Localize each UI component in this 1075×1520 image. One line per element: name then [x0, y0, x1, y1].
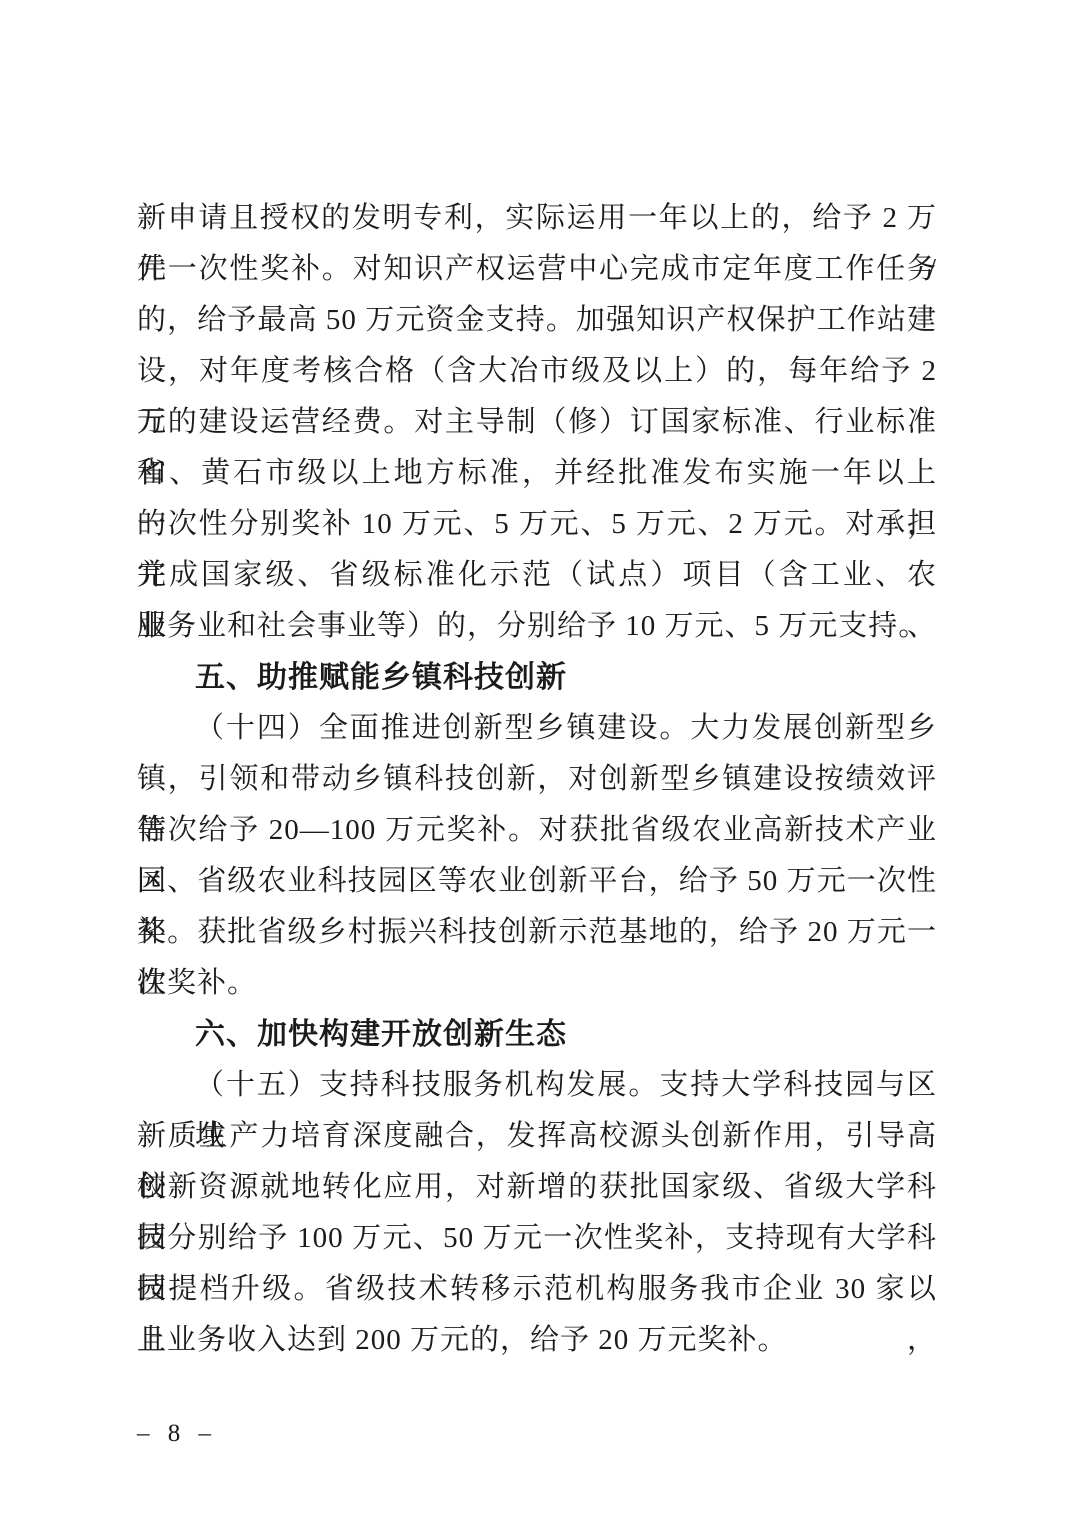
body-line: 补。获批省级乡村振兴科技创新示范基地的，给予 20 万元一次 — [137, 907, 937, 958]
body-line: 新申请且授权的发明专利，实际运用一年以上的，给予 2 万元/ — [137, 193, 937, 244]
body-line: 等次给予 20—100 万元奖补。对获批省级农业高新技术产业园 — [137, 805, 937, 856]
body-line: 园提档升级。省级技术转移示范机构服务我市企业 30 家以上， — [137, 1264, 937, 1315]
body-line: 省、黄石市级以上地方标准，并经批准发布实施一年以上的， — [137, 448, 937, 499]
body-line: （十四）全面推进创新型乡镇建设。大力发展创新型乡 — [137, 703, 937, 754]
document-page: 新申请且授权的发明专利，实际运用一年以上的，给予 2 万元/ 件一次性奖补。对知… — [0, 0, 1075, 1520]
body-line: 一次性分别奖补 10 万元、5 万元、5 万元、2 万元。对承担并 — [137, 499, 937, 550]
document-body: 新申请且授权的发明专利，实际运用一年以上的，给予 2 万元/ 件一次性奖补。对知… — [137, 193, 937, 1366]
body-line: 服务业和社会事业等）的，分别给予 10 万元、5 万元支持。 — [137, 601, 937, 652]
body-line: 镇，引领和带动乡镇科技创新，对创新型乡镇建设按绩效评估 — [137, 754, 937, 805]
body-line: 新质生产力培育深度融合，发挥高校源头创新作用，引导高校 — [137, 1111, 937, 1162]
body-line: 设，对年度考核合格（含大冶市级及以上）的，每年给予 2 万 — [137, 346, 937, 397]
body-line: 区、省级农业科技园区等农业创新平台，给予 50 万元一次性奖 — [137, 856, 937, 907]
body-line: （十五）支持科技服务机构发展。支持大学科技园与区域 — [137, 1060, 937, 1111]
section-heading-5: 五、助推赋能乡镇科技创新 — [137, 652, 937, 703]
body-line: 的，给予最高 50 万元资金支持。加强知识产权保护工作站建 — [137, 295, 937, 346]
body-line: 完成国家级、省级标准化示范（试点）项目（含工业、农业、 — [137, 550, 937, 601]
body-line: 件一次性奖补。对知识产权运营中心完成市定年度工作任务 — [137, 244, 937, 295]
body-line: 性奖补。 — [137, 958, 937, 1009]
page-number: – 8 – — [137, 1408, 217, 1459]
section-heading-6: 六、加快构建开放创新生态 — [137, 1009, 937, 1060]
body-line: 创新资源就地转化应用，对新增的获批国家级、省级大学科技 — [137, 1162, 937, 1213]
body-line: 元的建设运营经费。对主导制（修）订国家标准、行业标准和 — [137, 397, 937, 448]
body-line: 园分别给予 100 万元、50 万元一次性奖补，支持现有大学科技 — [137, 1213, 937, 1264]
